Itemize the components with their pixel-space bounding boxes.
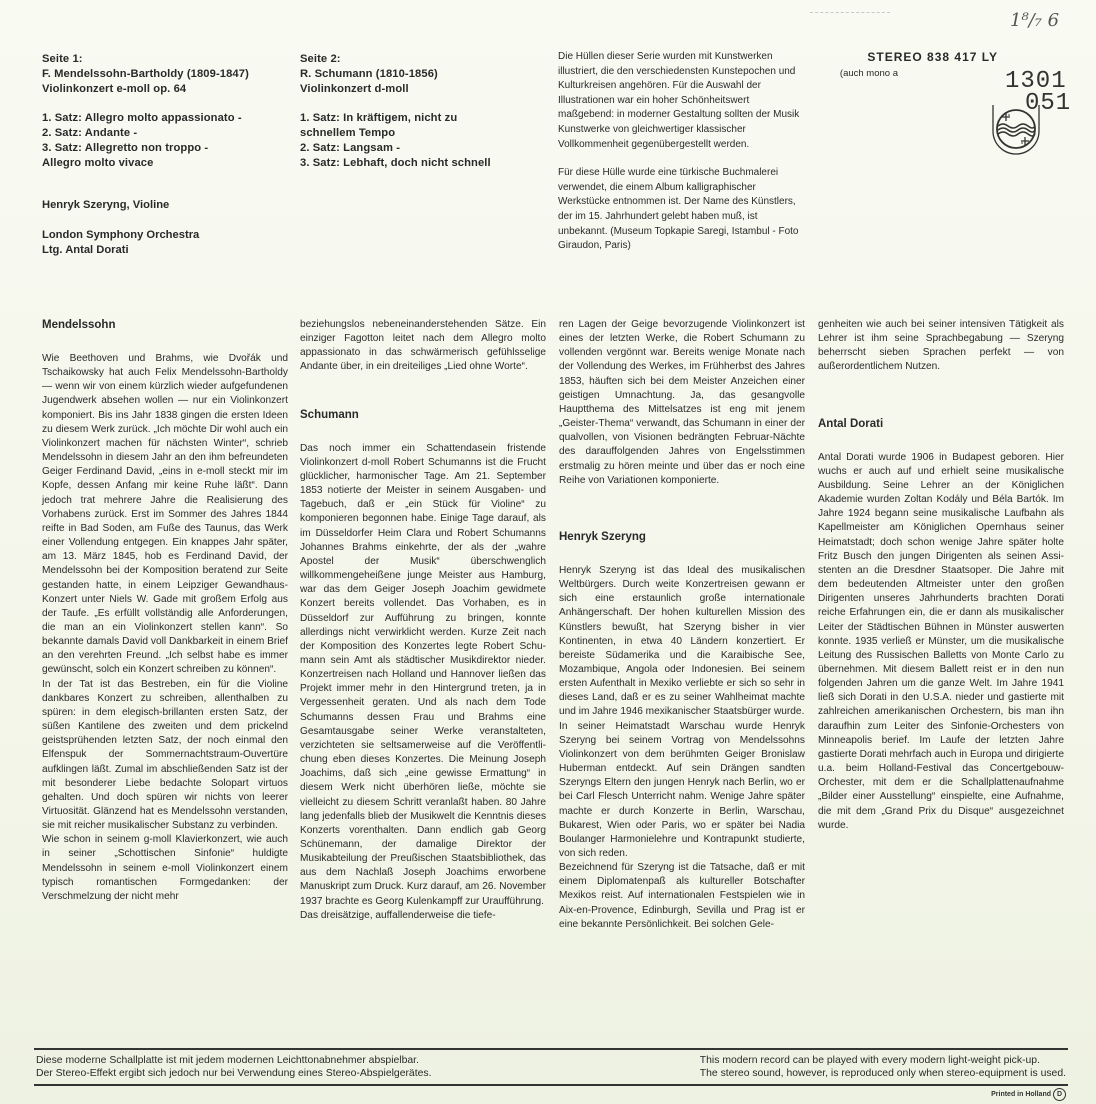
article-paragraph: Henryk Szeryng ist das Ideal des musikal…	[559, 564, 805, 720]
side1-composer: F. Mendelssohn-Bartholdy (1809-1847)	[42, 67, 292, 82]
side1-movement: 1. Satz: Allegro molto appassionato -	[42, 111, 292, 126]
section-heading: Schumann	[300, 408, 546, 423]
side2-movement: schnellem Tempo	[300, 126, 550, 141]
orchestra: London Symphony Orchestra	[42, 228, 199, 243]
cover-art-note: Die Hüllen dieser Serie wurden mit Kunst…	[558, 50, 808, 268]
column-2: beziehungslos nebeneinanderstehenden Sät…	[300, 318, 546, 923]
playback-notice: Diese moderne Schallplatte ist mit jedem…	[34, 1048, 1068, 1086]
section-heading: Antal Dorati	[818, 417, 1064, 432]
article-paragraph: beziehungslos nebeneinanderstehenden Sät…	[300, 318, 546, 375]
catalog-number: STEREO 838 417 LY	[840, 50, 998, 64]
section-heading: Henryk Szeryng	[559, 530, 805, 545]
column-1: Mendelssohn Wie Beethoven und Brahms, wi…	[42, 318, 288, 904]
cover-note-paragraph: Die Hüllen dieser Serie wurden mit Kunst…	[558, 50, 808, 152]
catalog-info: STEREO 838 417 LY (auch mono a	[840, 50, 998, 79]
side1-movement: 3. Satz: Allegretto non troppo -	[42, 141, 292, 156]
printed-in-holland: Printed in HollandD	[991, 1088, 1066, 1101]
column-3: ren Lagen der Geige bevorzugende Violin­…	[559, 318, 805, 932]
conductor: Ltg. Antal Dorati	[42, 243, 199, 258]
notice-english: This modern record can be played with ev…	[700, 1054, 1066, 1080]
mono-note: (auch mono a	[840, 68, 898, 79]
scratch-mark	[810, 12, 890, 15]
article-paragraph: Das dreisätzige, auffallenderweise die t…	[300, 909, 546, 923]
article-paragraph: genheiten wie auch bei seiner intensiven…	[818, 318, 1064, 375]
side1-movement: Allegro molto vivace	[42, 156, 292, 171]
handwritten-note: 1⁸/₇ 6	[1010, 10, 1059, 31]
side1-work: Violinkonzert e-moll op. 64	[42, 82, 292, 97]
philips-logo-icon	[987, 103, 1045, 155]
copyright-mark-icon: D	[1053, 1088, 1066, 1101]
article-paragraph: In seiner Heimatstadt Warschau wurde Hen…	[559, 720, 805, 862]
article-paragraph: ren Lagen der Geige bevorzugende Violin­…	[559, 318, 805, 488]
side2-movement: 1. Satz: In kräftigem, nicht zu	[300, 111, 550, 126]
notice-german: Diese moderne Schallplatte ist mit jedem…	[36, 1054, 431, 1080]
side1-tracklist: Seite 1: F. Mendelssohn-Bartholdy (1809-…	[42, 52, 292, 171]
article-paragraph: Wie schon in seinem g-moll Klavierkonzer…	[42, 833, 288, 904]
column-4: genheiten wie auch bei seiner intensiven…	[818, 318, 1064, 833]
article-paragraph: Wie Beethoven und Brahms, wie Dvořák und…	[42, 352, 288, 678]
side2-movement: 2. Satz: Langsam -	[300, 141, 550, 156]
side2-composer: R. Schumann (1810-1856)	[300, 67, 550, 82]
article-paragraph: In der Tat ist das Bestreben, ein für di…	[42, 678, 288, 834]
performers: Henryk Szeryng, Violine London Symphony …	[42, 198, 199, 258]
cover-note-paragraph: Für diese Hülle wurde eine türkische Buc…	[558, 166, 808, 254]
article-paragraph: Bezeichnend für Szeryng ist die Tatsache…	[559, 861, 805, 932]
side2-label: Seite 2:	[300, 52, 550, 67]
side2-work: Violinkonzert d-moll	[300, 82, 550, 97]
liner-notes: Mendelssohn Wie Beethoven und Brahms, wi…	[42, 318, 1062, 1040]
side2-movement: 3. Satz: Lebhaft, doch nicht schnell	[300, 156, 550, 171]
article-paragraph: Das noch immer ein Schattendasein friste…	[300, 442, 546, 909]
side2-tracklist: Seite 2: R. Schumann (1810-1856) Violink…	[300, 52, 550, 171]
article-paragraph: Antal Dorati wurde 1906 in Budapest gebo…	[818, 451, 1064, 833]
side1-movement: 2. Satz: Andante -	[42, 126, 292, 141]
side1-label: Seite 1:	[42, 52, 292, 67]
soloist: Henryk Szeryng, Violine	[42, 198, 199, 213]
section-heading: Mendelssohn	[42, 318, 288, 333]
